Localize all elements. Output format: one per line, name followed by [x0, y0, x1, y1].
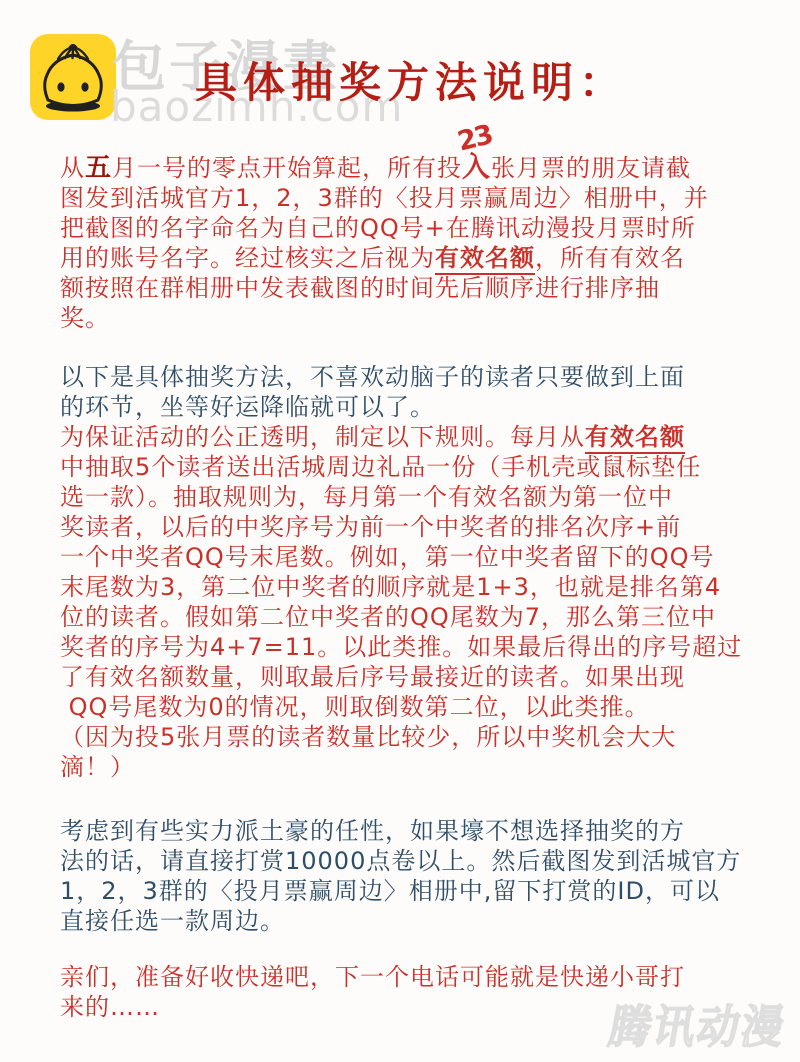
- text-line: 额按照在群相册中发表截图的时间先后顺序进行排序抽: [60, 273, 790, 303]
- paragraph-rules-detail: 为保证活动的公正透明，制定以下规则。每月从有效名额 中抽取5个读者送出活城周边礼…: [60, 422, 790, 782]
- text-line: 中抽取5个读者送出活城周边礼品一份（手机壳或鼠标垫任: [60, 452, 790, 482]
- paragraph-method-intro: 以下是具体抽奖方法，不喜欢动脑子的读者只要做到上面 的环节，坐等好运降临就可以了…: [60, 362, 790, 422]
- text-line: 奖者的序号为4+7=11。以此类推。如果最后得出的序号超过: [60, 632, 790, 662]
- text-line: 把截图的名字命名为自己的QQ号+在腾讯动漫投月票时所: [60, 213, 790, 243]
- text-line: 滴！）: [60, 752, 790, 782]
- text-line: （因为投5张月票的读者数量比较少，所以中奖机会大大: [60, 722, 790, 752]
- paragraph-entry-rules: 从五月一号的零点开始算起，所有投23入张月票的朋友请截 图发到活城官方1，2，3…: [60, 152, 790, 333]
- text-line: 直接任选一款周边。: [60, 906, 790, 936]
- text-line: 用的账号名字。经过核实之后视为有效名额，所有有效名: [60, 243, 790, 273]
- text-line: 考虑到有些实力派土豪的任性，如果壕不想选择抽奖的方: [60, 816, 790, 846]
- text-line: 末尾数为3，第二位中奖者的顺序就是1+3，也就是排名第4: [60, 572, 790, 602]
- text-line: 一个中奖者QQ号末尾数。例如，第一位中奖者留下的QQ号: [60, 542, 790, 572]
- paragraph-tycoon-option: 考虑到有些实力派土豪的任性，如果壕不想选择抽奖的方 法的话，请直接打赏10000…: [60, 816, 790, 936]
- text-line: QQ号尾数为0的情况，则取倒数第二位，以此类推。: [60, 692, 790, 722]
- text-segment: 月一号的零点开始算起，所有投: [112, 154, 462, 182]
- text-line: 从五月一号的零点开始算起，所有投23入张月票的朋友请截: [60, 152, 790, 183]
- text-segment: 用的账号名字。经过核实之后视为: [60, 244, 435, 272]
- text-line: 以下是具体抽奖方法，不喜欢动脑子的读者只要做到上面: [60, 362, 790, 392]
- text-line: 位的读者。假如第二位中奖者的QQ尾数为7，那么第三位中: [60, 602, 790, 632]
- text-line: 为保证活动的公正透明，制定以下规则。每月从有效名额: [60, 422, 790, 452]
- insertion-mark: 23入: [462, 152, 491, 183]
- text-line: 的环节，坐等好运降临就可以了。: [60, 392, 790, 422]
- text-line: 图发到活城官方1，2，3群的〈投月票赢周边〉相册中，并: [60, 183, 790, 213]
- baozi-bun-icon: [30, 34, 116, 120]
- text-line: 选一款）。抽取规则为，每月第一个有效名额为第一位中: [60, 482, 790, 512]
- text-line: 了有效名额数量，则取最后序号最接近的读者。如果出现: [60, 662, 790, 692]
- baozi-logo: [30, 34, 116, 120]
- text-segment: 张月票的朋友请截: [491, 154, 691, 182]
- text-line: 奖读者，以后的中奖序号为前一个中奖者的排名次序+前: [60, 512, 790, 542]
- text-line: 法的话，请直接打赏10000点卷以上。然后截图发到活城官方: [60, 846, 790, 876]
- text-segment: ，所有有效名: [535, 244, 685, 272]
- comic-announcement-page: 包子漫畫 baozimh.com 具体抽奖方法说明： 从五月一号的零点开始算起，…: [0, 0, 800, 1062]
- text-line: 亲们，准备好收快递吧，下一个电话可能就是快递小哥打: [60, 962, 790, 992]
- watermark-tencent-comics: 腾讯动漫: [604, 992, 791, 1057]
- text-line: 1，2，3群的〈投月票赢周边〉相册中,留下打赏的ID，可以: [60, 876, 790, 906]
- underlined-term-valid-quota: 有效名额: [435, 244, 535, 275]
- text-segment: 从: [60, 154, 85, 182]
- page-title: 具体抽奖方法说明：: [195, 50, 627, 110]
- underlined-term-valid-quota: 有效名额: [585, 423, 685, 454]
- text-segment: 为保证活动的公正透明，制定以下规则。每月从: [60, 423, 585, 451]
- emphasized-month: 五: [85, 153, 112, 183]
- text-line: 奖。: [60, 303, 790, 333]
